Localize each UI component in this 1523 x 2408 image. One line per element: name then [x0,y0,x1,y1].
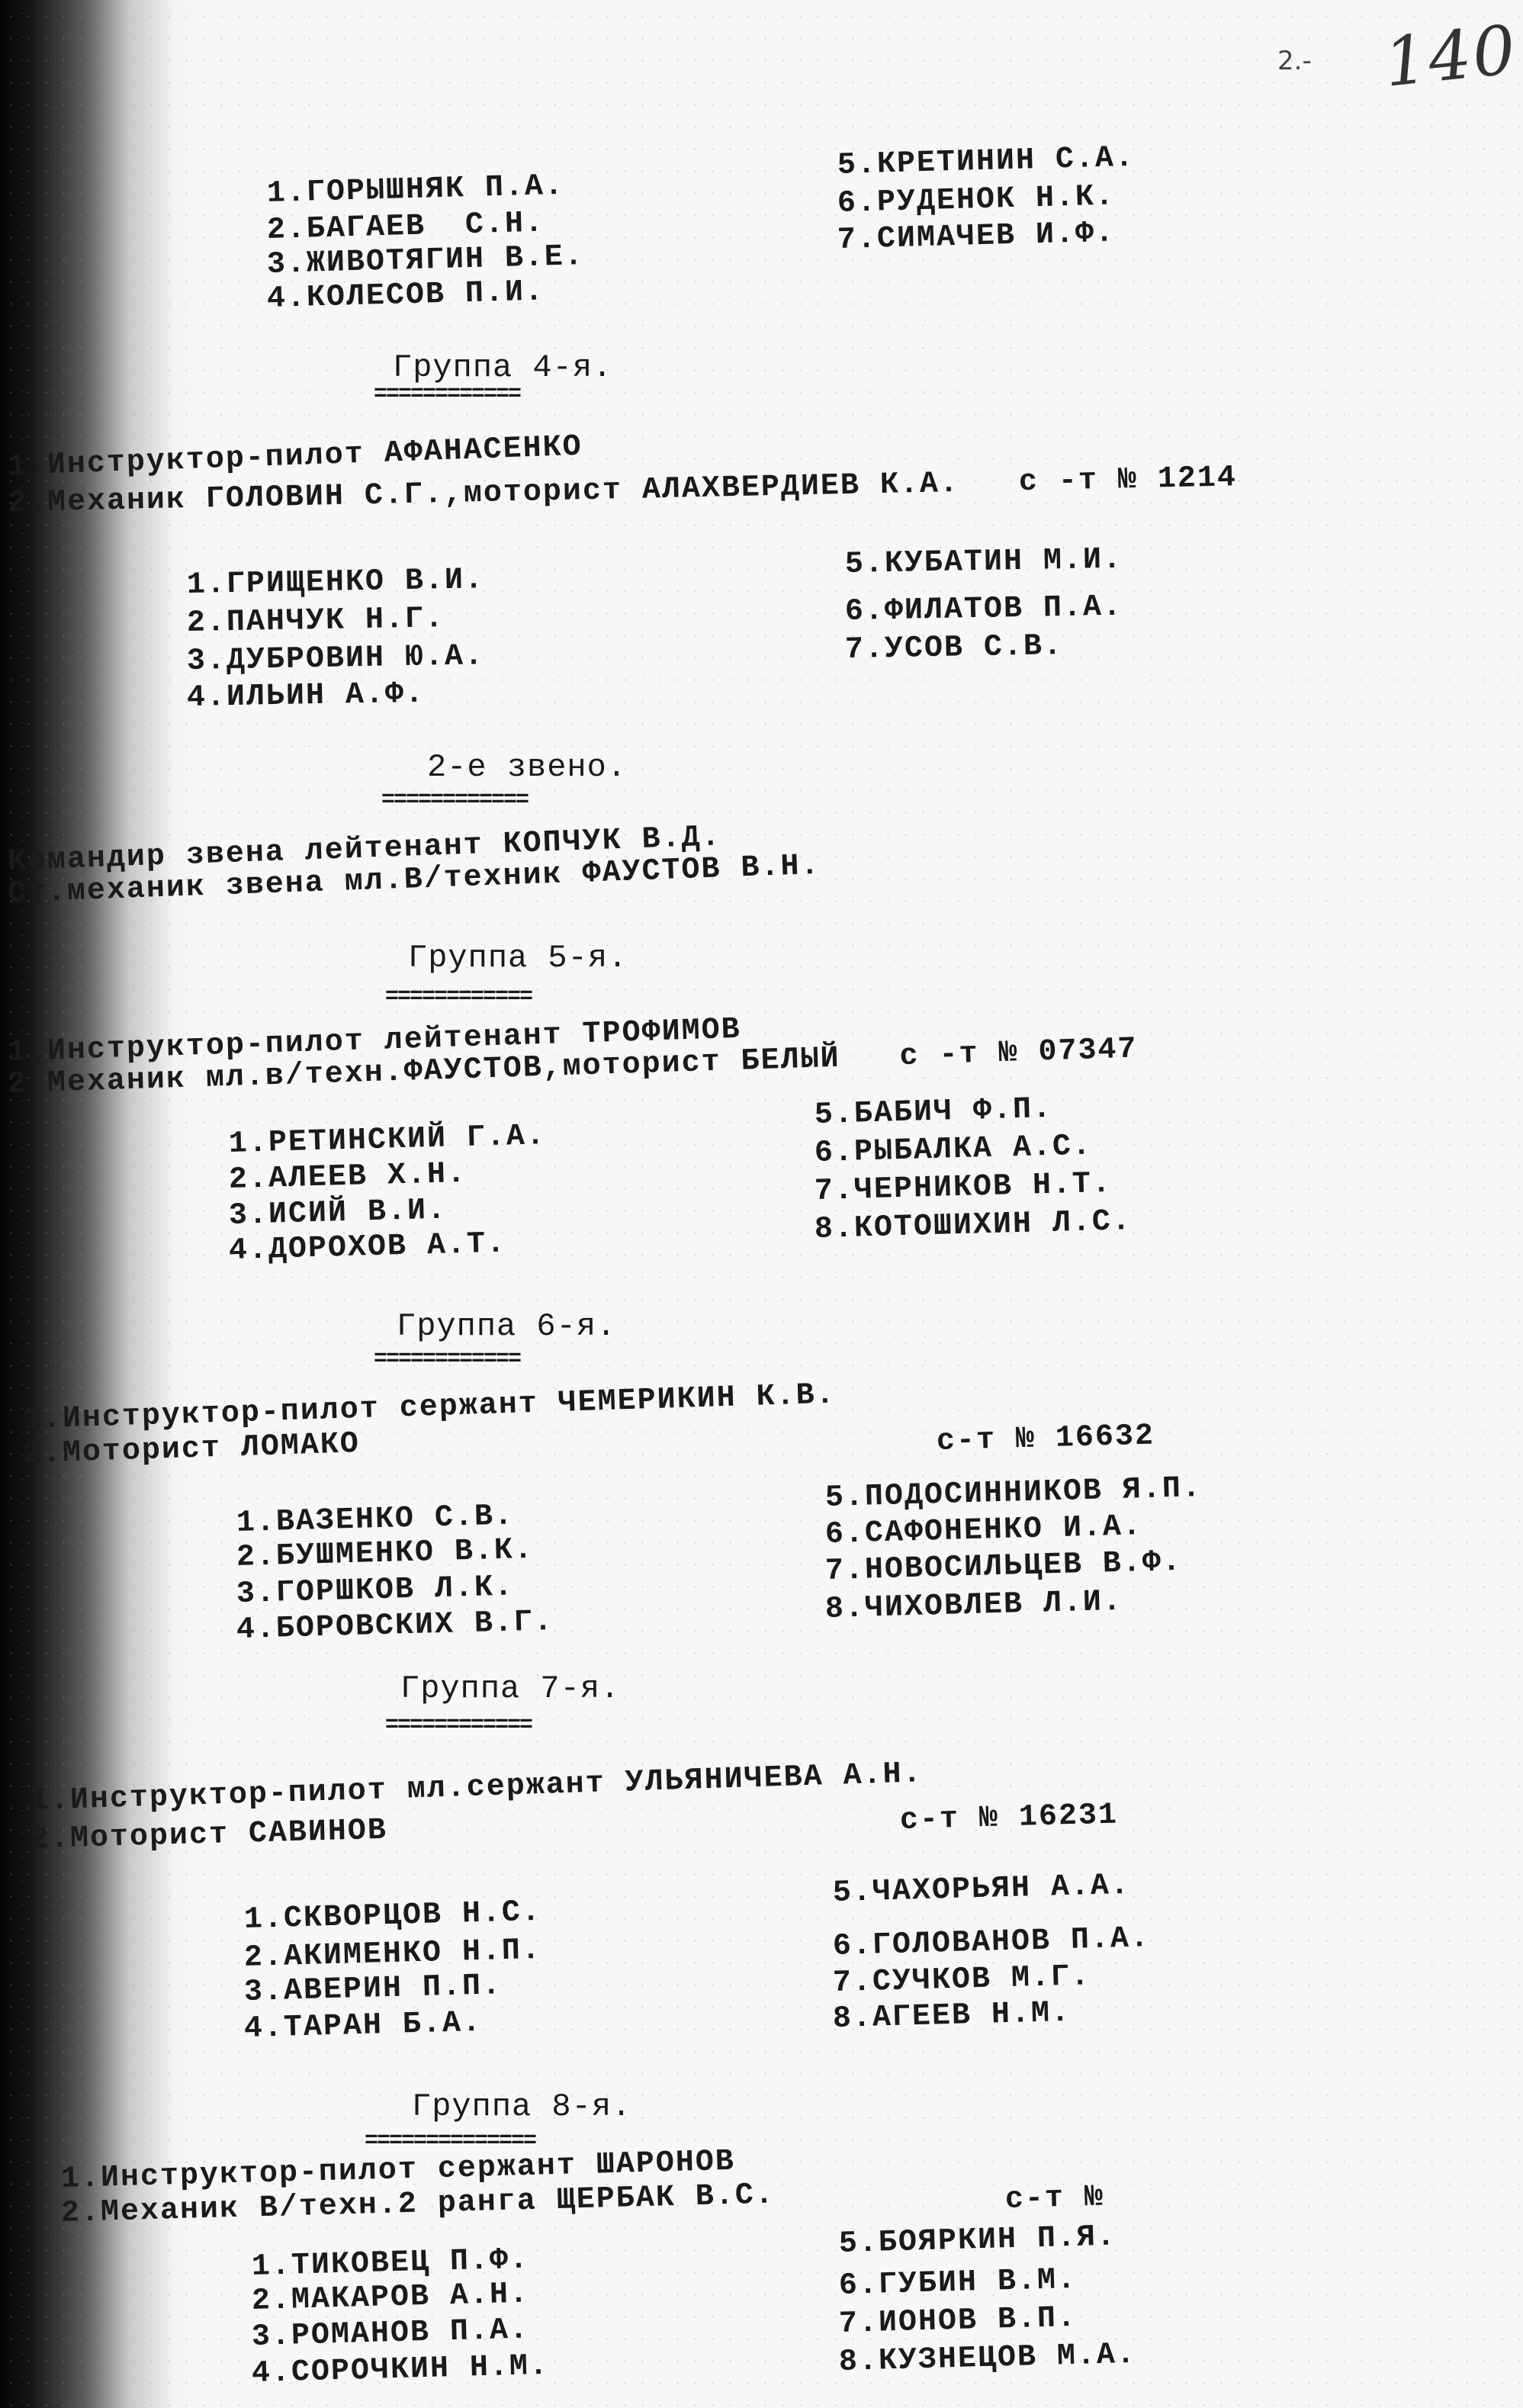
list-item: 8.ЧИХОВЛЕВ Л.И. [824,1585,1123,1627]
heading-underline: ============ [385,984,532,1010]
list-item: 2.ПАНЧУК Н.Г. [187,602,445,641]
heading-underline: ============ [374,381,520,407]
list-item: 7.ИОНОВ В.П. [838,2301,1077,2342]
list-item: 2.АЛЕЕВ Х.Н. [228,1157,467,1198]
list-item: 3.ГОРШКОВ Л.К. [236,1570,514,1612]
list-item: 5.ПОДОСИННИКОВ Я.П. [824,1471,1202,1516]
list-item: 8.АГЕЕВ Н.М. [832,1996,1071,2037]
list-item: 1.ГОРЫШНЯК П.А. [266,169,564,211]
certificate-number: с-т № [1004,2181,1104,2217]
staff-line: 1.Инструктор-пилот сержант ЧЕМЕРИКИН К.В… [22,1378,836,1438]
list-item: 4.СОРОЧКИН Н.М. [251,2349,549,2391]
list-item: 1.СКВОРЦОВ Н.С. [243,1895,541,1937]
list-item: 5.БОЯРКИН П.Я. [838,2220,1117,2262]
list-item: 6.РУДЕНОК Н.К. [837,179,1115,221]
list-item: 3.АВЕРИН П.П. [243,1969,502,2010]
heading-underline: ============ [374,1346,520,1372]
list-item: 5.ЧАХОРЬЯН А.А. [832,1869,1130,1911]
list-item: 5.БАБИЧ Ф.П. [814,1092,1052,1133]
list-item: 7.НОВОСИЛЬЦЕВ В.Ф. [824,1545,1182,1589]
group-heading: Группа 4-я. [393,349,612,386]
list-item: 4.ДОРОХОВ А.Т. [228,1227,506,1268]
document-page: 2.- 140 1.ГОРЫШНЯК П.А. 2.БАГАЕВ С.Н. 3.… [0,0,1523,2408]
list-item: 3.ДУБРОВИН Ю.А. [187,639,485,679]
list-item: 6.ФИЛАТОВ П.А. [845,590,1123,629]
list-item: 4.ИЛЬИН А.Ф. [187,677,426,715]
list-item: 7.УСОВ С.В. [845,629,1064,667]
staff-line: 2.Моторист САВИНОВ [30,1814,387,1857]
heading-underline: ============ [381,787,528,813]
heading-underline: ============ [385,1712,532,1738]
certificate-number: с-т № 16231 [899,1799,1118,1838]
list-item: 3.РОМАНОВ П.А. [251,2313,529,2355]
group-heading: Группа 8-я. [412,2088,631,2125]
staff-line: 1.Инструктор-пилот мл.сержант УЛЬЯНИЧЕВА… [30,1757,923,1819]
page-number-handwritten: 140 [1380,10,1521,102]
list-item: 7.СИМАЧЕВ И.Ф. [837,216,1115,258]
list-item: 6.РЫБАЛКА А.С. [814,1129,1092,1171]
list-item: 8.КОТОШИХИН Л.С. [814,1204,1132,1247]
list-item: 7.ЧЕРНИКОВ Н.Т. [814,1167,1112,1209]
page-number-typed: 2.- [1277,46,1312,76]
list-item: 6.ГОЛОВАНОВ П.А. [832,1921,1150,1964]
list-item: 8.КУЗНЕЦОВ М.А. [838,2338,1136,2380]
list-item: 3.ИСИЙ В.И. [228,1194,447,1233]
list-item: 4.КОЛЕСОВ П.И. [266,275,545,317]
list-item: 6.ГУБИН В.М. [838,2263,1077,2304]
list-item: 6.САФОНЕНКО И.А. [824,1509,1142,1552]
list-item: 4.ТАРАН Б.А. [243,2006,482,2046]
list-item: 5.КРЕТИНИН С.А. [837,141,1135,183]
group-heading: Группа 7-я. [400,1670,620,1707]
list-item: 2.БУШМЕНКО В.К. [236,1533,534,1575]
section-heading: 2-е звено. [427,749,627,786]
list-item: 1.ГРИЩЕНКО В.И. [187,563,485,603]
certificate-number: с-т № 16632 [936,1419,1155,1459]
list-item: 7.СУЧКОВ М.Г. [832,1960,1091,2001]
group-heading: Группа 6-я. [397,1308,616,1345]
list-item: 5.КУБАТИН М.И. [845,543,1123,582]
list-item: 4.БОРОВСКИХ В.Г. [236,1605,554,1648]
list-item: 2.МАКАРОВ А.Н. [251,2277,529,2319]
group-heading: Группа 5-я. [408,940,628,976]
list-item: 1.РЕТИНСКИЙ Г.А. [228,1119,546,1162]
